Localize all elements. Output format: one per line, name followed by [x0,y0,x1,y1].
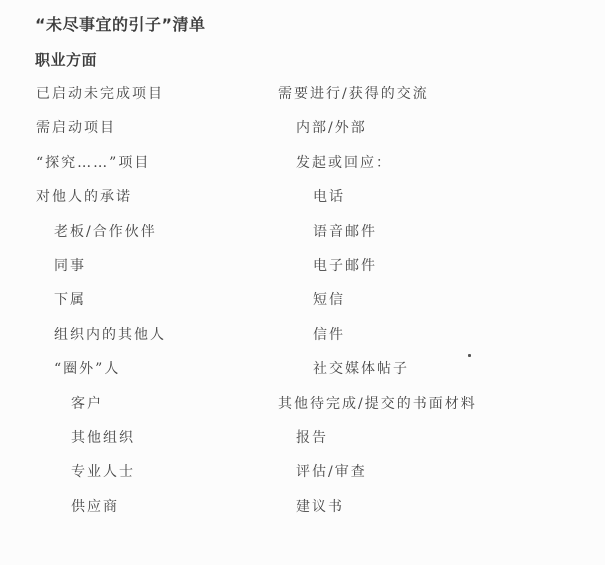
list-item: 已启动未完成项目 [36,84,166,118]
list-item: 短信 [278,290,477,324]
list-item: 下属 [36,290,166,324]
list-item: 同事 [36,256,166,290]
list-item: 发起或回应： [278,153,477,187]
list-item: 评估/审查 [278,462,477,496]
list-item: 内部/外部 [278,118,477,152]
list-item: 供应商 [36,497,166,531]
left-column-list: 已启动未完成项目 需启动项目 “探究……”项目 对他人的承诺 老板/合作伙伴 同… [36,84,166,531]
list-item: 其他待完成/提交的书面材料 [278,394,477,428]
list-item: 客户 [36,394,166,428]
list-item: 语音邮件 [278,222,477,256]
list-item: “圈外”人 [36,359,166,393]
list-item: 需要进行/获得的交流 [278,84,477,118]
list-item: 电话 [278,187,477,221]
document-title: “未尽事宜的引子”清单 [35,12,206,35]
list-item: 报告 [278,428,477,462]
list-item: 专业人士 [36,462,166,496]
list-item: 对他人的承诺 [36,187,166,221]
list-item: 需启动项目 [36,118,166,152]
section-heading: 职业方面 [35,49,97,70]
list-item: 建议书 [278,497,477,531]
scan-speck [468,354,471,357]
list-item: “探究……”项目 [36,153,166,187]
list-item: 信件 [278,325,477,359]
list-item: 电子邮件 [278,256,477,290]
list-item: 老板/合作伙伴 [36,222,166,256]
list-item: 社交媒体帖子 [278,359,477,393]
list-item: 组织内的其他人 [36,325,166,359]
right-column-list: 需要进行/获得的交流 内部/外部 发起或回应： 电话 语音邮件 电子邮件 短信 … [278,84,477,531]
list-item: 其他组织 [36,428,166,462]
